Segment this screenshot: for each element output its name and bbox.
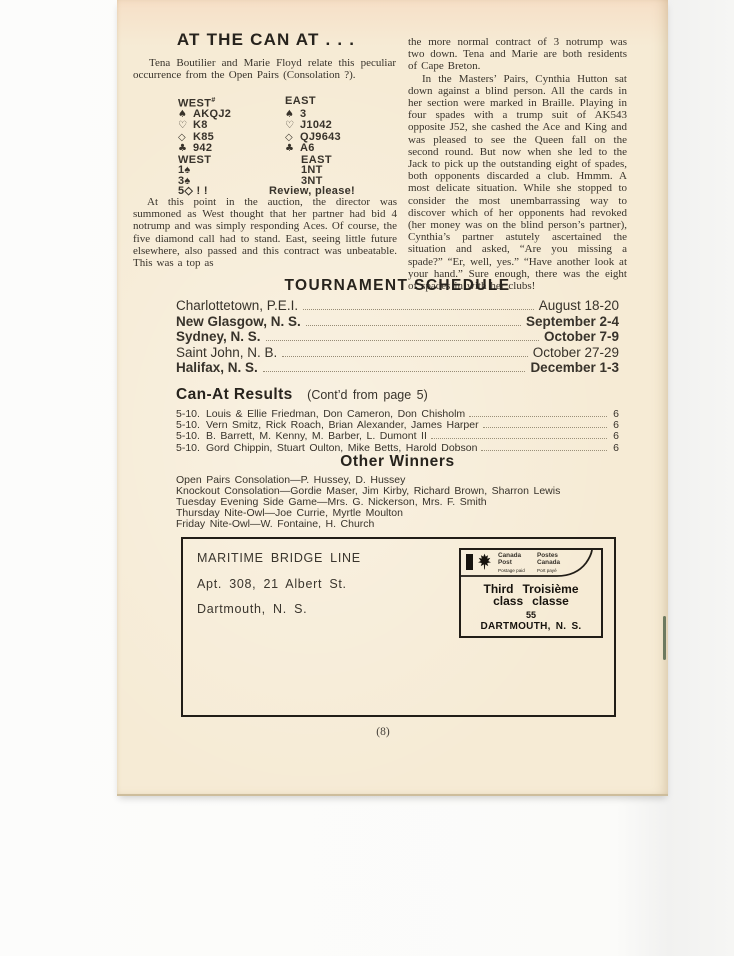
result-score: 6	[613, 442, 619, 454]
auction-row-3: 5◇ ! ! Review, please!	[178, 186, 408, 196]
article-title: AT THE CAN AT . . .	[133, 30, 399, 50]
other-winners-list: Open Pairs Consolation—P. Hussey, D. Hus…	[176, 474, 619, 529]
article-intro: Tena Boutilier and Marie Floyd relate th…	[133, 57, 396, 81]
schedule-date: October 7-9	[544, 329, 619, 344]
schedule-city: Charlottetown, P.E.I.	[176, 298, 298, 313]
east-spades: 3	[300, 108, 306, 120]
schedule-row: Charlottetown, P.E.I. August 18-20	[176, 298, 619, 314]
east-clubs: A6	[300, 142, 315, 154]
dotted-leader	[282, 356, 527, 357]
canada-post-english: Canada Post Postage paid	[498, 553, 525, 574]
schedule-date: December 1-3	[530, 360, 619, 375]
results-title: Can-At Results	[176, 386, 293, 403]
staple-mark	[663, 616, 666, 660]
results-subtitle: (Cont’d from page 5)	[307, 388, 428, 402]
winner-line: Thursday Nite-Owl—Joe Currie, Myrtle Mou…	[176, 507, 619, 518]
diamond-icon: ◇	[285, 133, 300, 143]
scanner-background: AT THE CAN AT . . . Tena Boutilier and M…	[0, 0, 734, 956]
results-header: Can-At Results (Cont’d from page 5)	[176, 386, 619, 404]
mail-class-block: Third Troisième class classe 55 DARTMOUT…	[461, 577, 601, 632]
result-score: 6	[613, 419, 619, 431]
west-bid-1: 1♠	[178, 165, 285, 175]
mailer-address-line1: Apt. 308, 21 Albert St.	[197, 577, 361, 591]
bridge-hand-diagram: WEST# EAST ♠AKQJ2 ♠3 ♡K8 ♡J1042 ◇K85 ◇QJ…	[178, 96, 408, 196]
schedule-city: Halifax, N. S.	[176, 360, 258, 375]
dotted-leader	[469, 416, 607, 417]
flag-bar	[466, 554, 473, 570]
result-row: 5-10. Vern Smitz, Rick Roach, Brian Alex…	[176, 419, 619, 430]
west-diamonds: K85	[193, 131, 214, 143]
result-names: Vern Smitz, Rick Roach, Brian Alexander,…	[206, 419, 479, 431]
winner-line: Open Pairs Consolation—P. Hussey, D. Hus…	[176, 474, 619, 485]
spade-icon: ♠	[285, 110, 300, 120]
dotted-leader	[266, 340, 539, 341]
schedule-row: Sydney, N. S. October 7-9	[176, 329, 619, 345]
cp-fr-sub: Port payé	[537, 568, 560, 575]
diamond-icon: ◇	[178, 133, 193, 143]
result-row: 5-10. Louis & Ellie Friedman, Don Camero…	[176, 408, 619, 419]
result-row: 5-10. B. Barrett, M. Kenny, M. Barber, L…	[176, 430, 619, 441]
schedule-row: New Glasgow, N. S. September 2-4	[176, 314, 619, 330]
canada-post-logo-block: Canada Post Postage paid Postes Canada P…	[461, 550, 601, 577]
spade-icon: ♠	[178, 110, 193, 120]
hand-row-spades: ♠AKQJ2 ♠3	[178, 109, 408, 120]
mail-class-line-2: class classe	[461, 596, 601, 608]
cp-en-line2: Post	[498, 560, 525, 567]
schedule-row: Saint John, N. B. October 27-29	[176, 345, 619, 361]
west-clubs: 942	[193, 142, 212, 154]
dotted-leader	[306, 325, 521, 326]
mailing-label-box: MARITIME BRIDGE LINE Apt. 308, 21 Albert…	[181, 537, 616, 717]
result-rank: 5-10.	[176, 419, 200, 431]
result-rank: 5-10.	[176, 408, 200, 420]
tournament-schedule: Charlottetown, P.E.I. August 18-20 New G…	[176, 298, 619, 376]
return-address: MARITIME BRIDGE LINE Apt. 308, 21 Albert…	[197, 551, 361, 628]
schedule-city: Saint John, N. B.	[176, 345, 277, 360]
cp-fr-line2: Canada	[537, 560, 560, 567]
class-fr-word2: classe	[532, 596, 569, 608]
article-column-right: the more normal contract of 3 notrump wa…	[408, 36, 627, 292]
schedule-date: October 27-29	[533, 345, 619, 360]
east-bid-1: 1NT	[285, 165, 408, 175]
dotted-leader	[263, 371, 526, 372]
winner-line: Knockout Consolation—Gordie Maser, Jim K…	[176, 485, 619, 496]
result-names: B. Barrett, M. Kenny, M. Barber, L. Dumo…	[206, 430, 427, 442]
west-footnote-mark: #	[211, 97, 215, 104]
result-rank: 5-10.	[176, 442, 200, 454]
east-diamonds: QJ9643	[300, 131, 341, 143]
result-score: 6	[613, 430, 619, 442]
article-paragraph-right-1: the more normal contract of 3 notrump wa…	[408, 36, 627, 73]
result-rank: 5-10.	[176, 430, 200, 442]
club-icon: ♣	[285, 144, 300, 154]
dotted-leader	[431, 438, 607, 439]
east-review-call: Review, please!	[285, 186, 408, 196]
auction-labels-row: WEST EAST	[178, 155, 408, 165]
schedule-city: New Glasgow, N. S.	[176, 314, 301, 329]
west-hearts: K8	[193, 119, 208, 131]
class-en-word2: class	[493, 596, 523, 608]
article-paragraph-right-2: In the Masters’ Pairs, Cynthia Hutton sa…	[408, 73, 627, 293]
dotted-leader	[483, 427, 608, 428]
winner-line: Tuesday Evening Side Game—Mrs. G. Nicker…	[176, 496, 619, 507]
postage-indicia: Canada Post Postage paid Postes Canada P…	[459, 548, 603, 638]
canada-post-french: Postes Canada Port payé	[537, 553, 560, 574]
schedule-city: Sydney, N. S.	[176, 329, 261, 344]
article-paragraph-left: At this point in the auction, the direct…	[133, 196, 397, 269]
east-hearts: J1042	[300, 119, 332, 131]
hand-row-diamonds: ◇K85 ◇QJ9643	[178, 132, 408, 143]
page-number: (8)	[353, 726, 413, 738]
schedule-date: September 2-4	[526, 314, 619, 329]
result-row: 5-10. Gord Chippin, Stuart Oulton, Mike …	[176, 442, 619, 453]
auction-west-label: WEST	[178, 155, 285, 165]
cp-en-sub: Postage paid	[498, 568, 525, 575]
result-score: 6	[613, 408, 619, 420]
heart-icon: ♡	[285, 121, 300, 131]
result-names: Louis & Ellie Friedman, Don Cameron, Don…	[206, 408, 465, 420]
other-winners-title: Other Winners	[176, 453, 619, 471]
maple-leaf-icon	[476, 553, 493, 570]
west-spades: AKQJ2	[193, 108, 231, 120]
schedule-title: TOURNAMENT SCHEDULE	[176, 277, 619, 295]
mail-class-line-1: Third Troisième	[461, 584, 601, 596]
auction-row-1: 1♠ 1NT	[178, 165, 408, 175]
mailer-address-line2: Dartmouth, N. S.	[197, 602, 361, 616]
result-names: Gord Chippin, Stuart Oulton, Mike Betts,…	[206, 442, 478, 454]
dotted-leader	[481, 450, 607, 451]
winner-line: Friday Nite-Owl—W. Fontaine, H. Church	[176, 518, 619, 529]
permit-number: 55	[461, 610, 601, 620]
hand-row-clubs: ♣942 ♣A6	[178, 143, 408, 154]
results-list: 5-10. Louis & Ellie Friedman, Don Camero…	[176, 408, 619, 453]
indicia-city: DARTMOUTH, N. S.	[461, 621, 601, 632]
newsletter-page: AT THE CAN AT . . . Tena Boutilier and M…	[117, 0, 668, 796]
dotted-leader	[303, 309, 534, 310]
schedule-date: August 18-20	[539, 298, 619, 313]
heart-icon: ♡	[178, 121, 193, 131]
mailer-name: MARITIME BRIDGE LINE	[197, 551, 361, 565]
schedule-row: Halifax, N. S. December 1-3	[176, 360, 619, 376]
